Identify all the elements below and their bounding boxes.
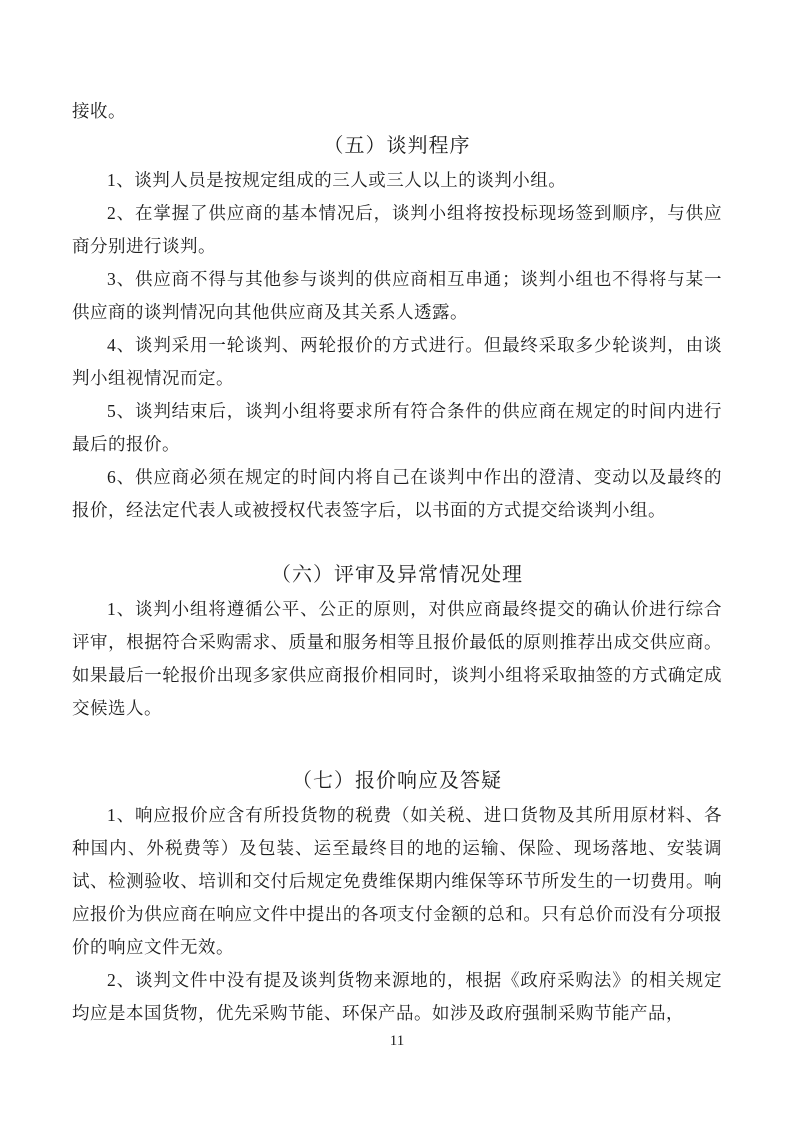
paragraph: 3、供应商不得与其他参与谈判的供应商相互串通；谈判小组也不得将与某一供应商的谈判…: [72, 263, 722, 329]
paragraph: 2、谈判文件中没有提及谈判货物来源地的，根据《政府采购法》的相关规定均应是本国货…: [72, 964, 722, 1030]
paragraph: 4、谈判采用一轮谈判、两轮报价的方式进行。但最终采取多少轮谈判，由谈判小组视情况…: [72, 329, 722, 395]
paragraph-continuation: 接收。: [72, 95, 722, 128]
paragraph: 1、响应报价应含有所投货物的税费（如关税、进口货物及其所用原材料、各种国内、外税…: [72, 799, 722, 964]
paragraph: 1、谈判人员是按规定组成的三人或三人以上的谈判小组。: [72, 164, 722, 197]
page-number: 11: [0, 1030, 794, 1052]
paragraph: 6、供应商必须在规定的时间内将自己在谈判中作出的澄清、变动以及最终的报价，经法定…: [72, 461, 722, 527]
document-content: 接收。 （五）谈判程序 1、谈判人员是按规定组成的三人或三人以上的谈判小组。 2…: [72, 95, 722, 1030]
paragraph: 5、谈判结束后，谈判小组将要求所有符合条件的供应商在规定的时间内进行最后的报价。: [72, 395, 722, 461]
document-page: 接收。 （五）谈判程序 1、谈判人员是按规定组成的三人或三人以上的谈判小组。 2…: [0, 0, 794, 1123]
section-heading-5: （五）谈判程序: [72, 128, 722, 164]
paragraph: 2、在掌握了供应商的基本情况后，谈判小组将按投标现场签到顺序，与供应商分别进行谈…: [72, 197, 722, 263]
paragraph: 1、谈判小组将遵循公平、公正的原则，对供应商最终提交的确认价进行综合评审，根据符…: [72, 593, 722, 725]
section-heading-7: （七）报价响应及答疑: [72, 763, 722, 799]
section-heading-6: （六）评审及异常情况处理: [72, 557, 722, 593]
